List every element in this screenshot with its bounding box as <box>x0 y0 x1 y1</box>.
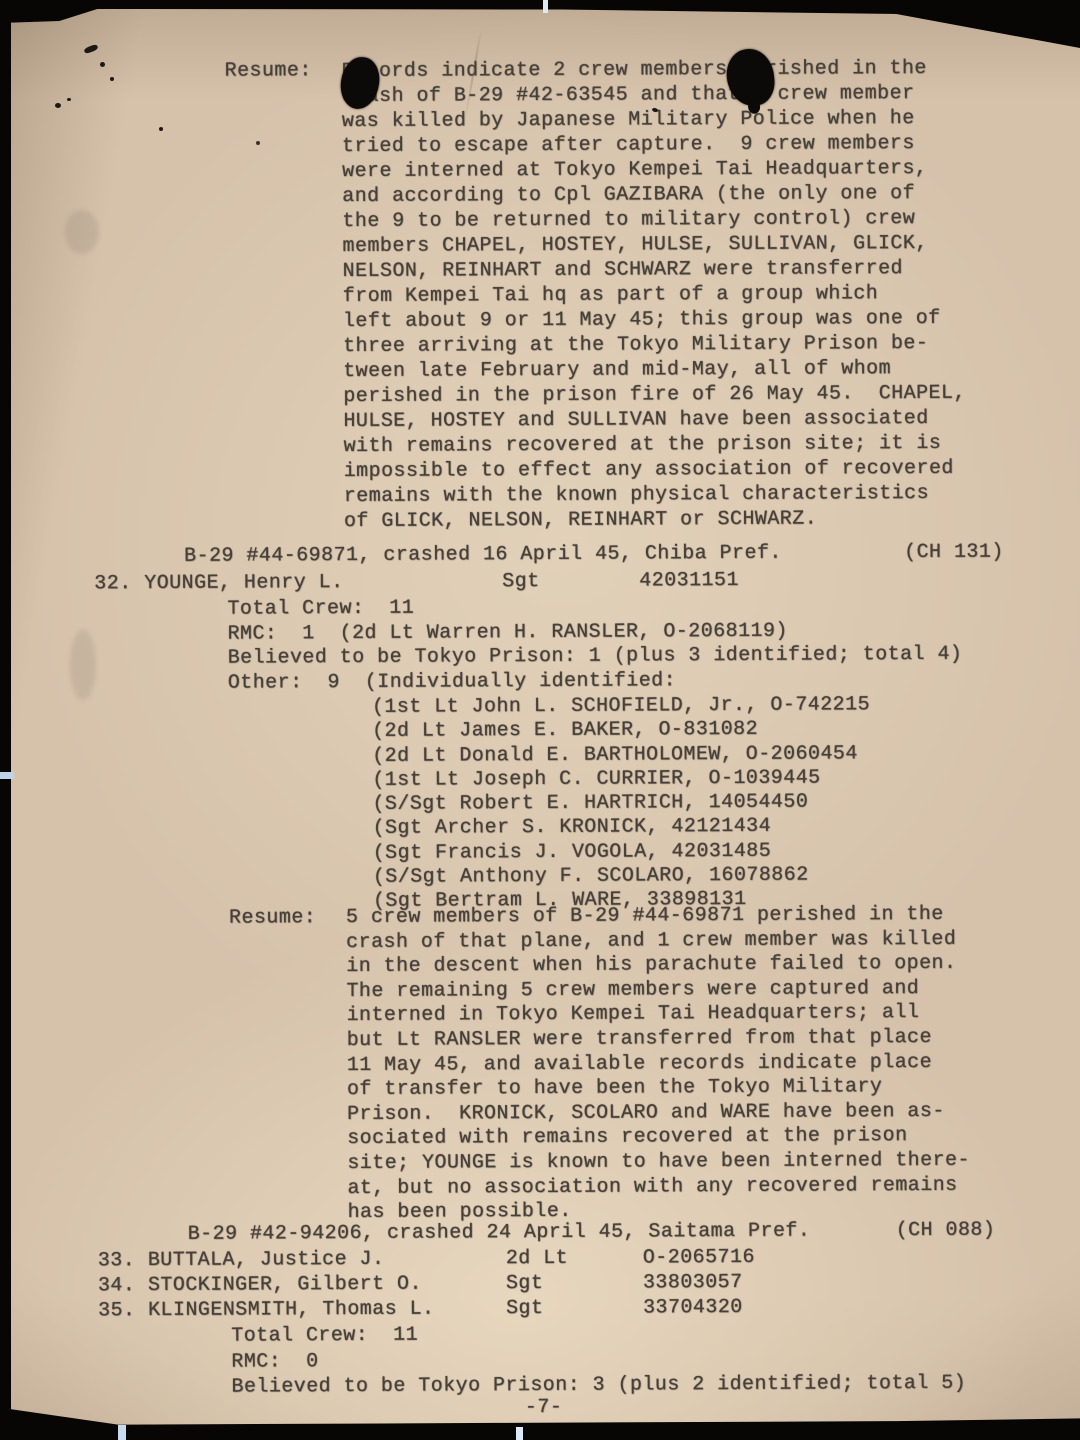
entry-33-name: BUTTALA, Justice J. <box>148 1248 385 1272</box>
section-94206-header-row: B-29 #42-94206, crashed 24 April 45, Sai… <box>188 1218 1080 1246</box>
resume-top-label: Resume: <box>225 59 344 535</box>
resume-69871-block: Resume: 5 crew members of B-29 #44-69871… <box>229 903 1013 1227</box>
entry-35-name: KLINGENSMITH, Thomas L. <box>148 1298 435 1322</box>
entry-33-rank: 2d Lt <box>506 1247 568 1270</box>
entry-32-number: 32. <box>94 572 131 595</box>
entry-34-number: 34. <box>98 1274 135 1297</box>
section-69871-header: B-29 #44-69871, crashed 16 April 45, Chi… <box>184 542 782 568</box>
ink-speck <box>55 103 61 108</box>
section-69871-ch-ref: (CH 131) <box>904 541 1004 565</box>
section-94206-ch-ref: (CH 088) <box>896 1219 996 1243</box>
resume-69871-label: Resume: <box>229 906 348 1226</box>
section-69871-details: Total Crew: 11 RMC: 1 (2d Lt Warren H. R… <box>227 594 962 696</box>
entry-34-serial: 33803057 <box>643 1271 743 1295</box>
document-page: Resume: Records indicate 2 crew members … <box>0 0 1080 1440</box>
smudge-mark <box>70 630 96 700</box>
ink-speck <box>100 62 105 67</box>
ink-speck <box>256 141 260 145</box>
film-line-bottom-left <box>118 1425 126 1440</box>
resume-top-text: Records indicate 2 crew members perished… <box>342 56 1009 534</box>
resume-top-block: Resume: Records indicate 2 crew members … <box>225 56 1009 535</box>
section-94206-header: B-29 #42-94206, crashed 24 April 45, Sai… <box>188 1220 811 1246</box>
entry-33-serial: O-2065716 <box>643 1246 755 1270</box>
entry-34-rank: Sgt <box>506 1272 543 1295</box>
resume-69871-text: 5 crew members of B-29 #44-69871 perishe… <box>346 903 1013 1226</box>
photo-border-left <box>0 0 11 1440</box>
entry-35-serial: 33704320 <box>643 1296 743 1320</box>
section-94206-details: Total Crew: 11 RMC: 0 Believed to be Tok… <box>231 1320 966 1400</box>
film-line-left <box>0 772 14 779</box>
entry-33-number: 33. <box>98 1249 135 1272</box>
entry-32-rank: Sgt <box>502 570 539 593</box>
entry-32-serial: 42031151 <box>639 569 739 593</box>
entry-32-name: YOUNGE, Henry L. <box>144 571 343 595</box>
typewritten-content: Resume: Records indicate 2 crew members … <box>0 0 1080 1440</box>
film-line-top <box>543 0 548 13</box>
smudge-mark <box>65 210 99 254</box>
page-number: -7- <box>4 1393 1080 1422</box>
section-69871-header-row: B-29 #44-69871, crashed 16 April 45, Chi… <box>184 540 1080 568</box>
ink-speck <box>67 98 71 101</box>
ink-speck <box>110 77 114 81</box>
section-69871-crew-list: (1st Lt John L. SCHOFIELD, Jr., O-742215… <box>372 693 871 914</box>
entry-34-name: STOCKINGER, Gilbert O. <box>148 1273 422 1297</box>
entry-35-rank: Sgt <box>506 1297 543 1320</box>
film-line-bottom-mid <box>516 1427 523 1440</box>
ink-speck <box>159 127 163 131</box>
entry-35-number: 35. <box>98 1299 135 1322</box>
